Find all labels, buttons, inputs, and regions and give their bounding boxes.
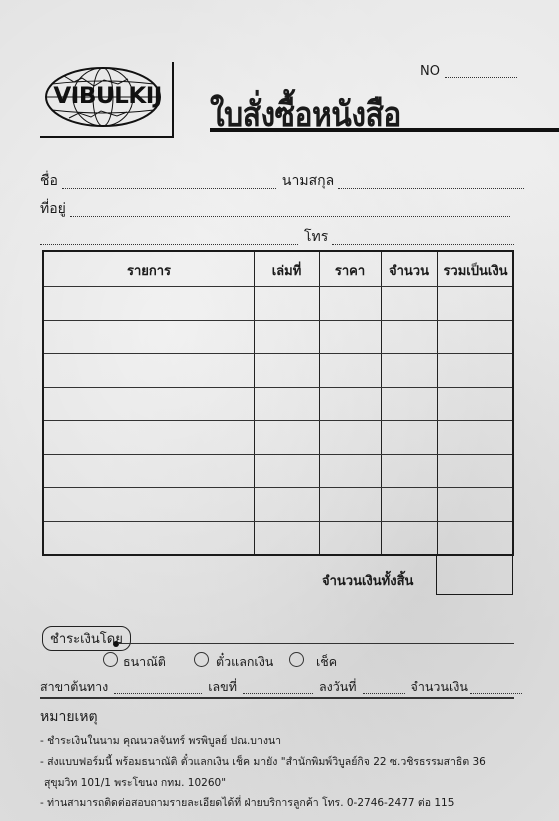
radio-bank-draft[interactable] xyxy=(194,652,209,667)
title-underline xyxy=(210,128,559,132)
date-label: ลงวันที่ xyxy=(319,677,357,697)
table-row[interactable] xyxy=(44,521,512,522)
radio-label-money-order: ธนาณัติ xyxy=(123,652,166,672)
radio-money-order[interactable] xyxy=(103,652,118,667)
table-row[interactable] xyxy=(44,420,512,421)
radio-label-bank-draft: ตั๋วแลกเงิน xyxy=(216,652,273,672)
payment-method-label: ชำระเงินโดย xyxy=(42,626,131,651)
bullet-dot xyxy=(113,641,119,647)
number-field[interactable] xyxy=(243,685,313,694)
amount-field[interactable] xyxy=(470,685,522,694)
grand-total-field[interactable] xyxy=(436,555,513,595)
address-field[interactable] xyxy=(70,206,510,217)
form-number-label: NO xyxy=(420,64,440,79)
address-phone-row: โทร xyxy=(40,226,520,248)
last-name-label: นามสกุล xyxy=(282,170,334,192)
grand-total-label: จำนวนเงินทั้งสิ้น xyxy=(322,570,413,591)
order-table: รายการ เล่มที่ ราคา จำนวน รวมเป็นเงิน xyxy=(42,250,514,556)
column-header-volume: เล่มที่ xyxy=(254,260,319,281)
phone-label: โทร xyxy=(304,226,328,248)
column-divider xyxy=(437,252,438,554)
table-row[interactable] xyxy=(44,286,512,287)
page-title: ใบสั่งซื้อหนังสือ xyxy=(210,88,401,142)
branch-label: สาขาต้นทาง xyxy=(40,677,108,697)
note-line: - ท่านสามารถติดต่อสอบถามรายละเอียดได้ที่… xyxy=(40,794,454,811)
name-row: ชื่อ นามสกุล xyxy=(40,170,530,192)
column-header-price: ราคา xyxy=(319,260,381,281)
date-field[interactable] xyxy=(363,685,405,694)
logo-wordmark: VIBULKIJ xyxy=(53,84,161,109)
note-line: - ส่งแบบฟอร์มนี้ พร้อมธนาณัติ ตั๋วแลกเงิ… xyxy=(40,753,486,770)
publisher-logo: VIBULKIJ xyxy=(40,62,174,138)
column-divider xyxy=(319,252,320,554)
radio-label-cheque: เช็ค xyxy=(316,652,337,672)
phone-field[interactable] xyxy=(332,234,514,245)
payment-rule xyxy=(118,643,514,644)
table-row[interactable] xyxy=(44,487,512,488)
first-name-field[interactable] xyxy=(62,178,276,189)
table-row[interactable] xyxy=(44,454,512,455)
column-divider xyxy=(381,252,382,554)
address-row: ที่อยู่ xyxy=(40,198,516,220)
column-header-item: รายการ xyxy=(44,260,254,281)
column-header-quantity: จำนวน xyxy=(381,260,437,281)
section-divider xyxy=(40,697,514,699)
number-label: เลขที่ xyxy=(208,677,237,697)
amount-label: จำนวนเงิน xyxy=(411,677,468,697)
note-line: - ชำระเงินในนาม คุณนวลจันทร์ พรพิบูลย์ ป… xyxy=(40,732,281,749)
notes-title: หมายเหตุ xyxy=(40,706,98,728)
column-divider xyxy=(254,252,255,554)
form-number-field[interactable] xyxy=(445,65,517,78)
table-row[interactable] xyxy=(44,320,512,321)
payment-details-row: สาขาต้นทาง เลขที่ ลงวันที่ จำนวนเงิน xyxy=(40,677,528,697)
table-row[interactable] xyxy=(44,387,512,388)
address-line2-field[interactable] xyxy=(40,234,298,245)
radio-cheque[interactable] xyxy=(289,652,304,667)
table-row[interactable] xyxy=(44,353,512,354)
column-header-total: รวมเป็นเงิน xyxy=(437,260,514,281)
address-label: ที่อยู่ xyxy=(40,198,66,220)
note-line: สุขุมวิท 101/1 พระโขนง กทม. 10260" xyxy=(44,774,226,791)
branch-field[interactable] xyxy=(114,685,202,694)
last-name-field[interactable] xyxy=(338,178,524,189)
first-name-label: ชื่อ xyxy=(40,170,58,192)
